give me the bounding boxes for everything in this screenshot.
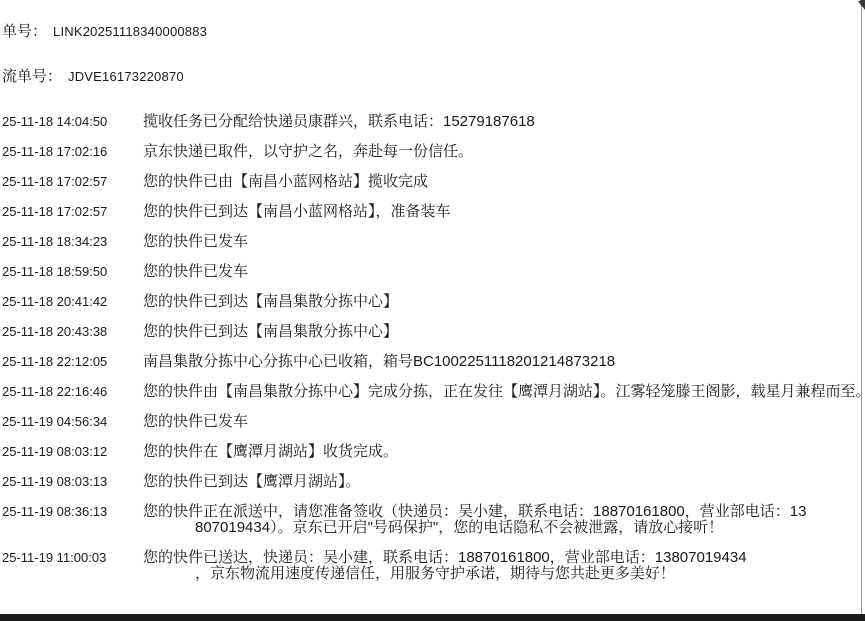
waybill-number-value: JDVE16173220870 — [68, 69, 184, 85]
waybill-number-row: 流单号： JDVE16173220870 — [2, 69, 861, 85]
event-row: 25-11-18 14:04:50揽收任务已分配给快递员康群兴，联系电话：152… — [2, 114, 861, 130]
event-row: 25-11-18 22:12:05南昌集散分拣中心分拣中心已收箱，箱号BC100… — [2, 354, 861, 370]
event-row: 25-11-18 20:41:42您的快件已到达【南昌集散分拣中心】 — [2, 294, 861, 310]
event-message: 您的快件已发车 — [143, 264, 248, 280]
event-message: 南昌集散分拣中心分拣中心已收箱，箱号BC10022511182012148732… — [143, 354, 615, 370]
event-time: 25-11-18 17:02:57 — [2, 174, 112, 190]
event-time: 25-11-19 04:56:34 — [2, 414, 112, 430]
event-message-line: 您的快件在【鹰潭月湖站】收货完成。 — [143, 444, 398, 460]
event-message-line: ，京东物流用速度传递信任，用服务守护承诺，期待与您共赴更多美好！ — [143, 566, 747, 582]
event-time: 25-11-18 17:02:57 — [2, 204, 112, 220]
event-time: 25-11-18 22:12:05 — [2, 354, 112, 370]
order-number-value: LINK20251118340000883 — [53, 24, 207, 40]
event-time: 25-11-19 08:03:13 — [2, 474, 112, 490]
event-time: 25-11-19 11:00:03 — [2, 550, 112, 566]
event-message-line: 您的快件已到达【南昌集散分拣中心】 — [143, 324, 398, 340]
event-row: 25-11-18 17:02:16京东快递已取件，以守护之名，奔赴每一份信任。 — [2, 144, 861, 160]
event-message: 您的快件已发车 — [143, 234, 248, 250]
event-message-line: 您的快件已发车 — [143, 234, 248, 250]
event-time: 25-11-18 20:41:42 — [2, 294, 112, 310]
event-row: 25-11-18 20:43:38您的快件已到达【南昌集散分拣中心】 — [2, 324, 861, 340]
event-message: 揽收任务已分配给快递员康群兴，联系电话：15279187618 — [143, 114, 535, 130]
event-message-line: 您的快件已送达，快递员：吴小建，联系电话：18870161800，营业部电话：1… — [143, 550, 747, 566]
event-message: 京东快递已取件，以守护之名，奔赴每一份信任。 — [143, 144, 473, 160]
event-time: 25-11-18 22:16:46 — [2, 384, 112, 400]
event-row: 25-11-18 18:59:50您的快件已发车 — [2, 264, 861, 280]
event-row: 25-11-18 17:02:57您的快件已由【南昌小蓝网格站】揽收完成 — [2, 174, 861, 190]
event-message-line: 您的快件已到达【鹰潭月湖站】。 — [143, 474, 361, 490]
event-row: 25-11-18 22:16:46您的快件由【南昌集散分拣中心】完成分拣，正在发… — [2, 384, 861, 400]
tracking-events-list: 25-11-18 14:04:50揽收任务已分配给快递员康群兴，联系电话：152… — [2, 114, 861, 582]
event-row: 25-11-19 04:56:34您的快件已发车 — [2, 414, 861, 430]
event-message: 您的快件已送达，快递员：吴小建，联系电话：18870161800，营业部电话：1… — [143, 550, 747, 582]
waybill-number-label: 流单号： — [2, 69, 62, 85]
event-row: 25-11-19 08:03:13您的快件已到达【鹰潭月湖站】。 — [2, 474, 861, 490]
event-time: 25-11-19 08:36:13 — [2, 504, 112, 520]
order-number-row: 单号： LINK20251118340000883 — [2, 24, 861, 40]
event-message: 您的快件由【南昌集散分拣中心】完成分拣，正在发往【鹰潭月湖站】。江雾轻笼滕王阁影… — [143, 384, 862, 400]
event-message-line: 京东快递已取件，以守护之名，奔赴每一份信任。 — [143, 144, 473, 160]
event-time: 25-11-18 20:43:38 — [2, 324, 112, 340]
bottom-bar — [0, 614, 865, 621]
event-message: 您的快件已到达【鹰潭月湖站】。 — [143, 474, 361, 490]
event-time: 25-11-18 18:34:23 — [2, 234, 112, 250]
event-time: 25-11-18 17:02:16 — [2, 144, 112, 160]
event-message: 您的快件在【鹰潭月湖站】收货完成。 — [143, 444, 398, 460]
event-message-line: 您的快件已发车 — [143, 414, 248, 430]
event-message-line: 您的快件已到达【南昌小蓝网格站】，准备装车 — [143, 204, 451, 220]
order-number-label: 单号： — [2, 24, 47, 40]
event-row: 25-11-18 17:02:57您的快件已到达【南昌小蓝网格站】，准备装车 — [2, 204, 861, 220]
event-row: 25-11-19 11:00:03您的快件已送达，快递员：吴小建，联系电话：18… — [2, 550, 861, 582]
event-message-line: 您的快件由【南昌集散分拣中心】完成分拣，正在发往【鹰潭月湖站】。江雾轻笼滕王阁影… — [143, 384, 862, 400]
event-row: 25-11-19 08:03:12您的快件在【鹰潭月湖站】收货完成。 — [2, 444, 861, 460]
tracking-page: 单号： LINK20251118340000883 流单号： JDVE16173… — [0, 0, 862, 614]
event-message: 您的快件正在派送中，请您准备签收（快递员：吴小建，联系电话：1887016180… — [143, 504, 806, 536]
event-time: 25-11-18 14:04:50 — [2, 114, 112, 130]
event-message: 您的快件已发车 — [143, 414, 248, 430]
event-message: 您的快件已到达【南昌集散分拣中心】 — [143, 294, 398, 310]
event-message: 您的快件已到达【南昌集散分拣中心】 — [143, 324, 398, 340]
event-time: 25-11-19 08:03:12 — [2, 444, 112, 460]
event-message-line: 807019434）。京东已开启"号码保护"，您的电话隐私不会被泄露，请放心接听… — [143, 520, 806, 536]
event-row: 25-11-18 18:34:23您的快件已发车 — [2, 234, 861, 250]
event-row: 25-11-19 08:36:13您的快件正在派送中，请您准备签收（快递员：吴小… — [2, 504, 861, 536]
event-message-line: 揽收任务已分配给快递员康群兴，联系电话：15279187618 — [143, 114, 535, 130]
event-message-line: 您的快件正在派送中，请您准备签收（快递员：吴小建，联系电话：1887016180… — [143, 504, 806, 520]
event-message-line: 您的快件已到达【南昌集散分拣中心】 — [143, 294, 398, 310]
event-time: 25-11-18 18:59:50 — [2, 264, 112, 280]
event-message-line: 您的快件已发车 — [143, 264, 248, 280]
event-message-line: 您的快件已由【南昌小蓝网格站】揽收完成 — [143, 174, 428, 190]
event-message: 您的快件已到达【南昌小蓝网格站】，准备装车 — [143, 204, 451, 220]
event-message: 您的快件已由【南昌小蓝网格站】揽收完成 — [143, 174, 428, 190]
event-message-line: 南昌集散分拣中心分拣中心已收箱，箱号BC10022511182012148732… — [143, 354, 615, 370]
